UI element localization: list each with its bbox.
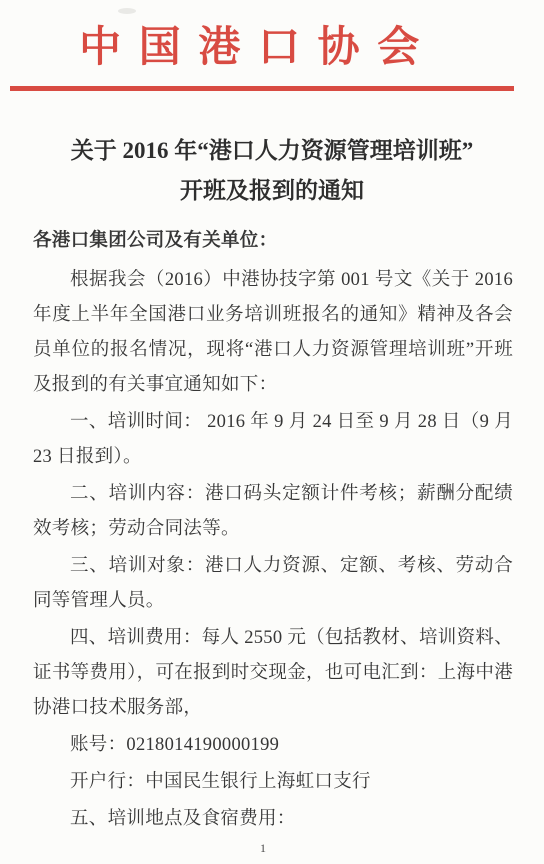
- letterhead-divider: [10, 86, 514, 91]
- para-bank: 开户行：中国民生银行上海虹口支行: [33, 765, 513, 800]
- para-training-audience: 三、培训对象：港口人力资源、定额、考核、劳动合同等管理人员。: [33, 549, 513, 619]
- para-basis: 根据我会（2016）中港协技字第 001 号文《关于 2016 年度上半年全国港…: [33, 263, 513, 403]
- para-account-number: 账号：0218014190000199: [33, 728, 513, 763]
- letterhead: 中国港口协会: [0, 0, 544, 91]
- para-training-time: 一、培训时间： 2016 年 9 月 24 日至 9 月 28 日（9 月 23…: [33, 405, 513, 475]
- salutation: 各港口集团公司及有关单位：: [33, 224, 513, 259]
- doc-title-line1: 关于 2016 年“港口人力资源管理培训班”: [0, 131, 544, 171]
- doc-title: 关于 2016 年“港口人力资源管理培训班” 开班及报到的通知: [0, 131, 544, 211]
- page-number: 1: [0, 841, 526, 856]
- para-training-fee: 四、培训费用：每人 2550 元（包括教材、培训资料、证书等费用），可在报到时交…: [33, 621, 513, 726]
- scan-smudge: [118, 8, 136, 14]
- notice-body: 各港口集团公司及有关单位： 根据我会（2016）中港协技字第 001 号文《关于…: [0, 211, 544, 837]
- org-title: 中国港口协会: [0, 0, 544, 72]
- doc-title-line2: 开班及报到的通知: [0, 171, 544, 211]
- document-page: 中国港口协会 关于 2016 年“港口人力资源管理培训班” 开班及报到的通知 各…: [0, 0, 544, 864]
- para-training-content: 二、培训内容：港口码头定额计件考核；薪酬分配绩效考核；劳动合同法等。: [33, 477, 513, 547]
- para-venue: 五、培训地点及食宿费用：: [33, 802, 513, 837]
